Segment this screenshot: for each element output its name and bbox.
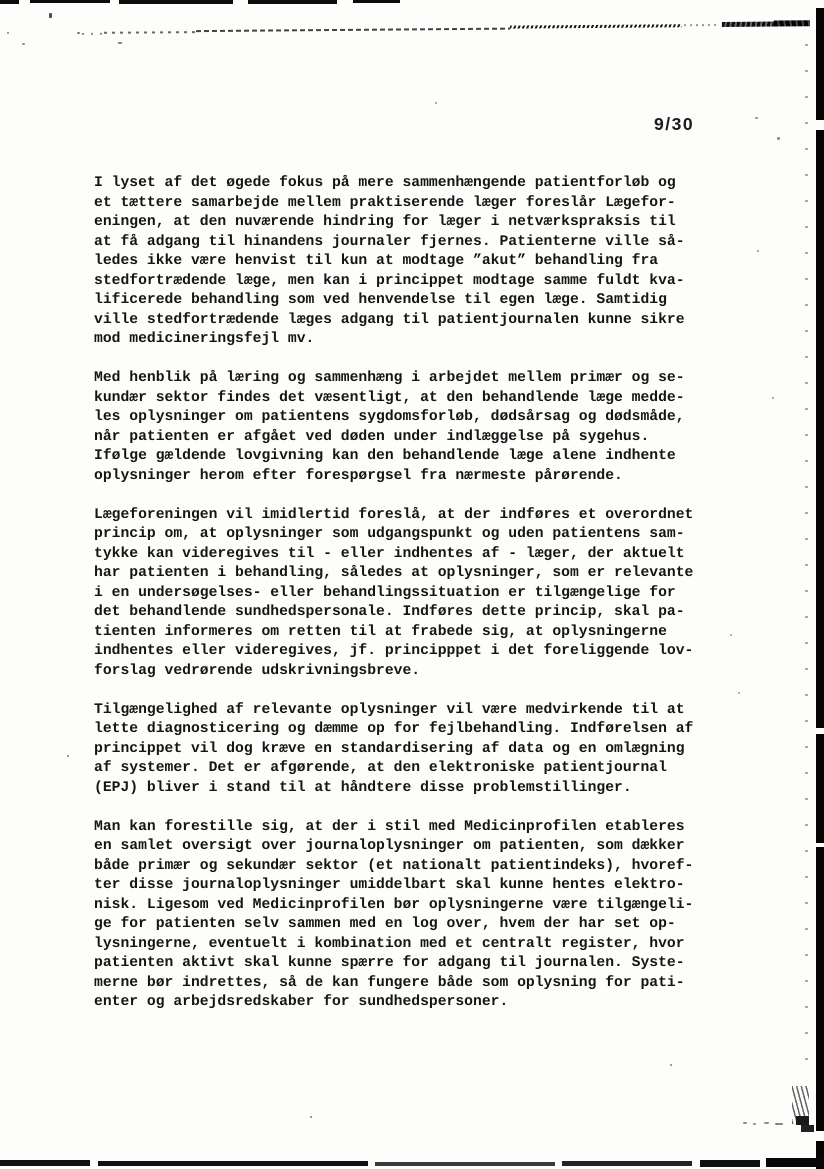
crease-segment — [722, 22, 774, 27]
scan-speck — [22, 43, 25, 45]
scan-speck — [777, 137, 780, 140]
scan-speck — [118, 42, 122, 44]
scan-crease-line — [78, 20, 812, 38]
scan-speck — [755, 117, 758, 119]
scan-speck — [7, 32, 9, 34]
scan-edge-bottom — [766, 1158, 824, 1167]
scan-speck — [435, 102, 437, 104]
scan-edge-top — [248, 0, 337, 4]
scan-speck — [670, 1064, 672, 1066]
scan-speck — [310, 1116, 312, 1118]
scan-speck — [67, 755, 69, 757]
scan-speck — [77, 32, 80, 34]
scan-speck — [772, 397, 774, 399]
scan-speck — [764, 1122, 769, 1124]
page-number: 9/30 — [654, 114, 694, 135]
paragraph: Tilgængelighed af relevante oplysninger … — [94, 701, 734, 799]
scan-noise-blob — [796, 1116, 809, 1125]
paragraph: Med henblik på læring og sammenhæng i ar… — [94, 369, 734, 486]
document-text: I lyset af det øgede fokus på mere samme… — [94, 174, 734, 1032]
scan-edge-right — [816, 8, 824, 1169]
scan-noise-column — [805, 40, 808, 1060]
scan-edge-top — [30, 0, 110, 3]
scan-edge-bottom — [562, 1161, 692, 1166]
crease-segment — [510, 24, 682, 28]
scan-edge-bottom — [0, 1160, 90, 1166]
crease-segment — [774, 20, 810, 26]
scan-edge-bottom — [98, 1161, 368, 1166]
scanned-document-page: 9/30 I lyset af det øgede fokus på mere … — [0, 0, 824, 1169]
scan-speck — [757, 250, 759, 252]
scan-edge-top — [119, 0, 233, 4]
scan-speck — [753, 1123, 756, 1125]
crease-segment — [684, 24, 720, 26]
scan-edge-bottom — [375, 1162, 555, 1166]
scan-noise-blob — [801, 1125, 814, 1132]
scan-speck — [743, 1122, 747, 1124]
scan-speck — [775, 1123, 783, 1125]
crease-segment — [82, 33, 104, 35]
crease-segment — [196, 28, 510, 32]
scan-speck — [738, 692, 740, 694]
paragraph: I lyset af det øgede fokus på mere samme… — [94, 174, 734, 350]
paragraph: Man kan forestille sig, at der i stil me… — [94, 818, 734, 1013]
scan-speck — [730, 634, 732, 636]
scan-edge-top — [353, 0, 400, 3]
scan-edge-bottom — [700, 1160, 760, 1167]
scan-speck — [49, 13, 52, 18]
crease-segment — [104, 31, 196, 34]
paragraph: Lægeforeningen vil imidlertid foreslå, a… — [94, 506, 734, 682]
scan-edge-top — [0, 0, 19, 4]
